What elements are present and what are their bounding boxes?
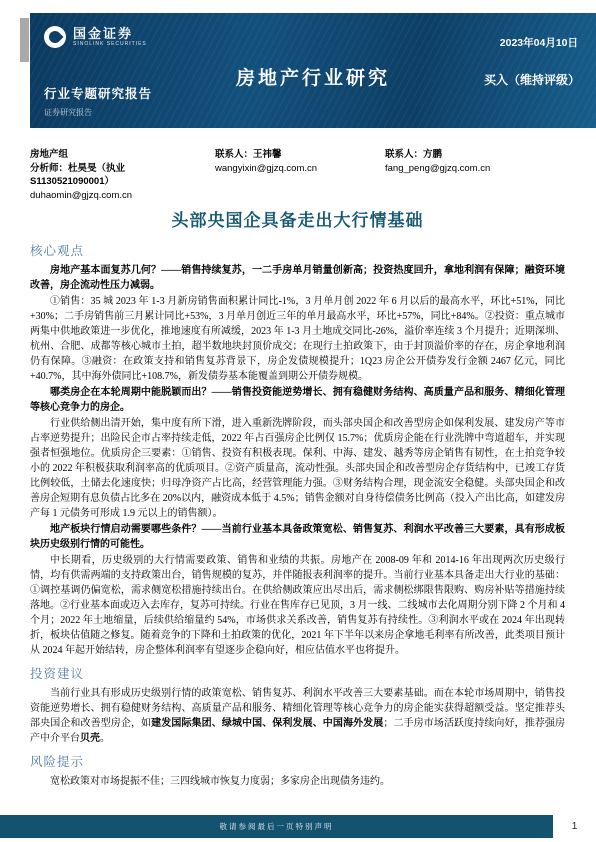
recommended-companies: 建发国际集团、绿城中国、保利发展、中国海外发展 (151, 718, 383, 729)
analyst-email[interactable]: duhaomin@gjzq.com.cn (30, 189, 215, 203)
report-page: 国金证券 SINOLINK SECURITIES 2023年04月10日 房地产… (0, 0, 596, 842)
core-view-detail-1: ①销售：35 城 2023 年 1-3 月新房销售面积累计同比-1%，3 月单月… (30, 294, 565, 384)
investment-advice-paragraph: 当前行业具有形成历史级别行情的政策宽松、销售复苏、利润水平改善三大要素基础。而在… (30, 686, 565, 746)
logo-name-cn: 国金证券 (73, 27, 147, 41)
advice-text-3: 。 (100, 733, 110, 744)
footer-disclaimer-text: 敬请参阅最后一页特别声明 (220, 821, 334, 832)
page-number: 1 (553, 815, 596, 838)
analyst-name-line: 分析师：杜昊旻（执业 (30, 162, 215, 176)
contact1-email[interactable]: wangyixin@gjzq.com.cn (215, 162, 385, 176)
logo-text: 国金证券 SINOLINK SECURITIES (73, 27, 147, 47)
analyst-group: 房地产组 (30, 148, 215, 162)
core-view-detail-3: 中长期看，历史级别的大行情需要政策、销售和业绩的共振。房地产在 2008-09 … (30, 553, 565, 658)
contact1-name: 联系人：王祎馨 (215, 148, 385, 162)
section-risk-warning: 风险提示 (30, 752, 565, 770)
contact2-email[interactable]: fang_peng@gjzq.com.cn (385, 162, 570, 176)
report-type-label: 行业专题研究报告 (44, 84, 152, 102)
report-header-banner: 国金证券 SINOLINK SECURITIES 2023年04月10日 房地产… (30, 13, 596, 128)
recommended-platform: 贝壳 (80, 733, 100, 744)
sinolink-logo-icon (44, 26, 66, 48)
core-view-summary-2: 哪类房企在本轮周期中能脱颖而出？——销售投资能逆势增长、拥有稳健财务结构、高质量… (30, 385, 565, 415)
logo-name-en: SINOLINK SECURITIES (73, 41, 147, 47)
analyst-license-line: S1130521090001） (30, 175, 215, 189)
report-body: 头部央国企具备走出大行情基础 核心观点 房地产基本面复苏几何？——销售持续复苏，… (30, 206, 565, 790)
banner-accent-bar (20, 18, 29, 62)
footer-disclaimer-bar: 敬请参阅最后一页特别声明 (0, 815, 553, 838)
risk-warning-paragraph: 宽松政策对市场提振不佳；三四线城市恢复力度弱；多家房企出现债务违约。 (30, 774, 565, 789)
section-investment-advice: 投资建议 (30, 664, 565, 682)
analyst-column: 房地产组 分析师：杜昊旻（执业 S1130521090001） duhaomin… (30, 148, 215, 202)
report-category-label: 证券研究报告 (44, 107, 92, 118)
rating-badge: 买入（维持评级） (484, 71, 580, 88)
section-core-view: 核心观点 (30, 241, 565, 259)
report-date: 2023年04月10日 (500, 35, 578, 50)
company-logo: 国金证券 SINOLINK SECURITIES (44, 26, 147, 48)
core-view-summary-3: 地产板块行情启动需要哪些条件？——当前行业基本具备政策宽松、销售复苏、利润水平改… (30, 522, 565, 552)
core-view-summary-1: 房地产基本面复苏几何？——销售持续复苏，一二手房单月销量创新高；投资热度回升，拿… (30, 263, 565, 293)
core-view-detail-2: 行业供给侧出清开始，集中度有所下滑，进入重新洗牌阶段，而头部央国企和改善型房企如… (30, 416, 565, 521)
analyst-info-block: 房地产组 分析师：杜昊旻（执业 S1130521090001） duhaomin… (30, 148, 570, 202)
contact2-name: 联系人：方鹏 (385, 148, 570, 162)
contact1-column: 联系人：王祎馨 wangyixin@gjzq.com.cn (215, 148, 385, 202)
page-title: 头部央国企具备走出大行情基础 (30, 206, 565, 231)
contact2-column: 联系人：方鹏 fang_peng@gjzq.com.cn (385, 148, 570, 202)
